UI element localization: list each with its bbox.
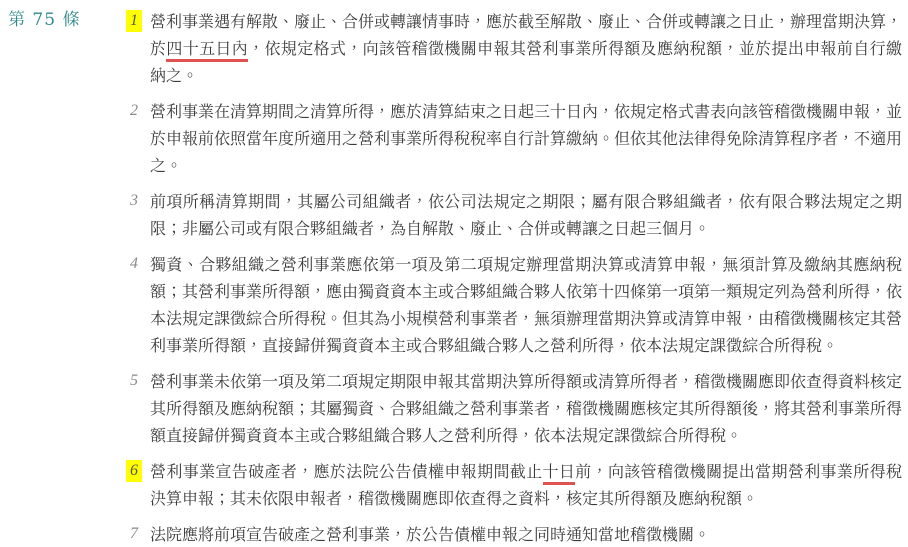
paragraph-text: 獨資、合夥組織之營利事業應依第一項及第二項規定辦理當期決算或清算申報，無須計算及… — [150, 255, 902, 355]
paragraph-number: 4 — [126, 253, 142, 275]
text-segment: 前項所稱清算期間，其屬公司組織者，依公司法規定之期限；屬有限合夥組織者，依有限合… — [150, 192, 902, 238]
paragraph-number-highlighted: 6 — [126, 460, 142, 482]
paragraph-text: 法院應將前項宣告破產之營利事業，於公告債權申報之同時通知當地稽徵機關。 — [150, 525, 710, 544]
paragraph: 6 營利事業宣告破產者，應於法院公告債權申報期間截止十日前，向該管稽徵機關提出當… — [150, 458, 902, 512]
text-segment: 營利事業宣告破產者，應於法院公告債權申報期間截止 — [150, 462, 543, 481]
paragraph-number-highlighted: 1 — [126, 10, 142, 32]
paragraph-text: 營利事業未依第一項及第二項規定期限申報其當期決算所得額或清算所得者，稽徵機關應即… — [150, 372, 902, 445]
paragraph-number: 5 — [126, 370, 142, 392]
law-article-page: 第 75 條 1 營利事業遇有解散、廢止、合併或轉讓情事時，應於截至解散、廢止、… — [0, 0, 908, 547]
article-number-link[interactable]: 第 75 條 — [8, 9, 80, 31]
text-segment: 獨資、合夥組織之營利事業應依第一項及第二項規定辦理當期決算或清算申報，無須計算及… — [150, 255, 902, 355]
red-underlined-term: 四十五日內 — [166, 39, 248, 62]
paragraph: 2 營利事業在清算期間之清算所得，應於清算結束之日起三十日內，依規定格式書表向該… — [150, 98, 902, 179]
red-underlined-term: 十日 — [543, 462, 576, 485]
paragraph-number: 3 — [126, 190, 142, 212]
paragraph-text: 營利事業宣告破產者，應於法院公告債權申報期間截止十日前，向該管稽徵機關提出當期營… — [150, 462, 902, 508]
paragraph: 1 營利事業遇有解散、廢止、合併或轉讓情事時，應於截至解散、廢止、合併或轉讓之日… — [150, 8, 902, 89]
paragraph-text: 營利事業在清算期間之清算所得，應於清算結束之日起三十日內，依規定格式書表向該管稽… — [150, 102, 902, 175]
paragraph-list: 1 營利事業遇有解散、廢止、合併或轉讓情事時，應於截至解散、廢止、合併或轉讓之日… — [150, 8, 902, 547]
paragraph-text: 營利事業遇有解散、廢止、合併或轉讓情事時，應於截至解散、廢止、合併或轉讓之日止，… — [150, 12, 902, 85]
text-segment: ，依規定格式，向該管稽徵機關申報其營利事業所得額及應納稅額，並於提出申報前自行繳… — [150, 39, 902, 85]
paragraph-text: 前項所稱清算期間，其屬公司組織者，依公司法規定之期限；屬有限合夥組織者，依有限合… — [150, 192, 902, 238]
paragraph: 4 獨資、合夥組織之營利事業應依第一項及第二項規定辦理當期決算或清算申報，無須計… — [150, 251, 902, 359]
text-segment: 營利事業未依第一項及第二項規定期限申報其當期決算所得額或清算所得者，稽徵機關應即… — [150, 372, 902, 445]
text-segment: 法院應將前項宣告破產之營利事業，於公告債權申報之同時通知當地稽徵機關。 — [150, 525, 710, 544]
paragraph-number: 7 — [126, 523, 142, 545]
paragraph: 7 法院應將前項宣告破產之營利事業，於公告債權申報之同時通知當地稽徵機關。 — [150, 521, 902, 547]
paragraph-number: 2 — [126, 100, 142, 122]
paragraph: 5 營利事業未依第一項及第二項規定期限申報其當期決算所得額或清算所得者，稽徵機關… — [150, 368, 902, 449]
text-segment: 營利事業在清算期間之清算所得，應於清算結束之日起三十日內，依規定格式書表向該管稽… — [150, 102, 902, 175]
paragraph: 3 前項所稱清算期間，其屬公司組織者，依公司法規定之期限；屬有限合夥組織者，依有… — [150, 188, 902, 242]
